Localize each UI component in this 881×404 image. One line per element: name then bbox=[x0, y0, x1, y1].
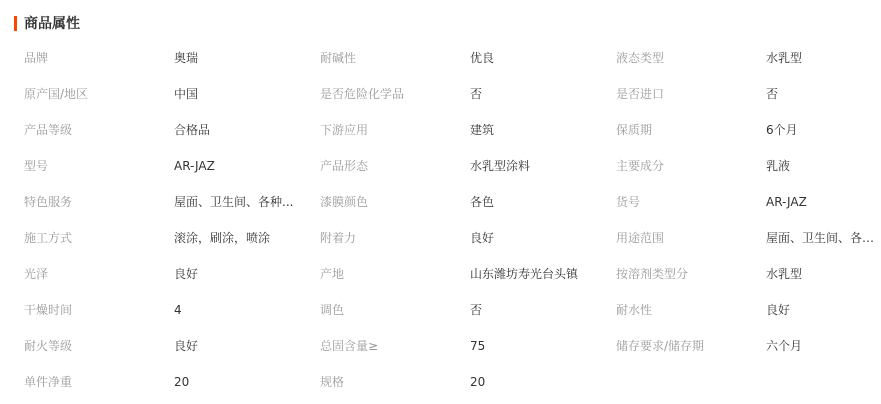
attribute-value: AR-JAZ bbox=[174, 148, 294, 184]
attribute-label: 货号 bbox=[616, 184, 756, 220]
attribute-label: 光泽 bbox=[24, 256, 164, 292]
attribute-table: 品牌奥瑞耐碱性优良液态类型水乳型原产国/地区中国是否危险化学品否是否进口否产品等… bbox=[0, 40, 881, 400]
attribute-value: 良好 bbox=[174, 328, 294, 364]
attribute-value: 各色 bbox=[470, 184, 600, 220]
attribute-value: 合格品 bbox=[174, 112, 294, 148]
attribute-row: 单件净重20规格20 bbox=[0, 364, 881, 400]
attribute-label: 品牌 bbox=[24, 40, 164, 76]
attribute-row: 耐火等级良好总固含量≥75储存要求/储存期六个月 bbox=[0, 328, 881, 364]
attribute-value: 水乳型 bbox=[766, 40, 878, 76]
attribute-label: 型号 bbox=[24, 148, 164, 184]
attribute-label: 液态类型 bbox=[616, 40, 756, 76]
attribute-label: 附着力 bbox=[320, 220, 460, 256]
attribute-row: 产品等级合格品下游应用建筑保质期6个月 bbox=[0, 112, 881, 148]
attribute-label: 特色服务 bbox=[24, 184, 164, 220]
attribute-label: 干燥时间 bbox=[24, 292, 164, 328]
attribute-value: 水乳型 bbox=[766, 256, 878, 292]
attribute-row: 型号AR-JAZ产品形态水乳型涂料主要成分乳液 bbox=[0, 148, 881, 184]
attribute-value: 良好 bbox=[174, 256, 294, 292]
attribute-value: 屋面、卫生间、各种... bbox=[174, 184, 294, 220]
attribute-row: 原产国/地区中国是否危险化学品否是否进口否 bbox=[0, 76, 881, 112]
attribute-row: 光泽良好产地山东潍坊寿光台头镇按溶剂类型分水乳型 bbox=[0, 256, 881, 292]
attribute-label: 耐水性 bbox=[616, 292, 756, 328]
attribute-label: 保质期 bbox=[616, 112, 756, 148]
attribute-label: 用途范围 bbox=[616, 220, 756, 256]
attribute-label: 耐碱性 bbox=[320, 40, 460, 76]
attribute-row: 施工方式滚涂，刷涂，喷涂附着力良好用途范围屋面、卫生间、各种... bbox=[0, 220, 881, 256]
attribute-value: 水乳型涂料 bbox=[470, 148, 600, 184]
attribute-value: 6个月 bbox=[766, 112, 878, 148]
attribute-label: 施工方式 bbox=[24, 220, 164, 256]
attribute-value: 中国 bbox=[174, 76, 294, 112]
attribute-value: 否 bbox=[470, 76, 600, 112]
attribute-label: 耐火等级 bbox=[24, 328, 164, 364]
attribute-label: 产地 bbox=[320, 256, 460, 292]
attribute-row: 品牌奥瑞耐碱性优良液态类型水乳型 bbox=[0, 40, 881, 76]
attribute-label: 产品等级 bbox=[24, 112, 164, 148]
attribute-label: 储存要求/储存期 bbox=[616, 328, 756, 364]
attribute-label: 按溶剂类型分 bbox=[616, 256, 756, 292]
attribute-label: 产品形态 bbox=[320, 148, 460, 184]
attribute-label: 调色 bbox=[320, 292, 460, 328]
section-header: 商品属性 bbox=[14, 13, 80, 33]
attribute-value: 屋面、卫生间、各种... bbox=[766, 220, 878, 256]
attribute-value: 乳液 bbox=[766, 148, 878, 184]
attribute-value: 山东潍坊寿光台头镇 bbox=[470, 256, 600, 292]
attribute-value: 20 bbox=[174, 364, 294, 400]
attribute-row: 干燥时间4调色否耐水性良好 bbox=[0, 292, 881, 328]
accent-bar bbox=[14, 16, 17, 31]
attribute-value: 滚涂，刷涂，喷涂 bbox=[174, 220, 294, 256]
attribute-value: 20 bbox=[470, 364, 600, 400]
attribute-value: 否 bbox=[766, 76, 878, 112]
attribute-value: 六个月 bbox=[766, 328, 878, 364]
attribute-label: 总固含量≥ bbox=[320, 328, 460, 364]
attribute-value: 良好 bbox=[470, 220, 600, 256]
attribute-value: 奥瑞 bbox=[174, 40, 294, 76]
attribute-value: AR-JAZ bbox=[766, 184, 878, 220]
attribute-label: 规格 bbox=[320, 364, 460, 400]
attribute-value: 否 bbox=[470, 292, 600, 328]
attribute-value: 优良 bbox=[470, 40, 600, 76]
attribute-label: 单件净重 bbox=[24, 364, 164, 400]
attribute-value: 75 bbox=[470, 328, 600, 364]
attribute-label: 下游应用 bbox=[320, 112, 460, 148]
attribute-label: 是否危险化学品 bbox=[320, 76, 460, 112]
attribute-label: 主要成分 bbox=[616, 148, 756, 184]
attribute-value: 建筑 bbox=[470, 112, 600, 148]
attribute-value: 良好 bbox=[766, 292, 878, 328]
attribute-label: 是否进口 bbox=[616, 76, 756, 112]
attribute-label: 漆膜颜色 bbox=[320, 184, 460, 220]
attribute-label: 原产国/地区 bbox=[24, 76, 164, 112]
attribute-value: 4 bbox=[174, 292, 294, 328]
attribute-row: 特色服务屋面、卫生间、各种...漆膜颜色各色货号AR-JAZ bbox=[0, 184, 881, 220]
section-title: 商品属性 bbox=[24, 13, 80, 33]
